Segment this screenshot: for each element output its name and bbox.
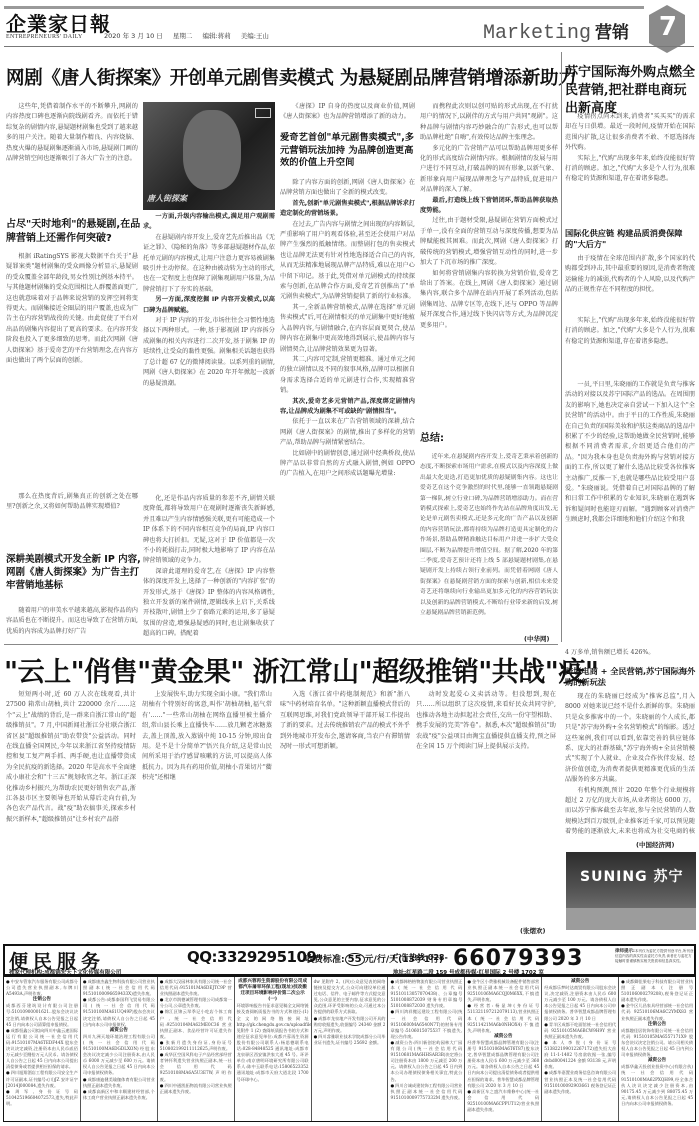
article2-subhead-1: 国际化供应链 构建品质消费保障的"大后方" — [565, 228, 697, 250]
classified-column: 金牛区小费雅机械设备配件销售部营业执照正副本统一社会信用代码 92510106M… — [465, 977, 542, 1121]
summary-body: 近年来,在悬疑剧内容开发上,爱奇艺秉承着创新的态度,不断探索市场用户需求,在模式… — [420, 452, 558, 632]
section-title: Marketing营销 — [483, 18, 629, 45]
column-divider — [561, 52, 562, 642]
article1-body-col1b: 那么在热度背后,剧集真正的创新之处在哪里?创新之余,又将如何帮助品牌实现增值? — [6, 492, 138, 546]
article1-body-col1c: 随着用户的审美水平越来越高,影视作品的内容品质也在不断提升。而这也导致了在营销方… — [6, 606, 138, 642]
article2-headline: 苏宁国际海外购点燃全民营销,把社群电商玩出新高度 — [565, 64, 697, 118]
article3-source: (张熠欢) — [520, 926, 545, 935]
article3-col3: 入选《浙江省中药炮制规范》和新"浙八味"中药材培育名单。"这种新颖直播模式背后的… — [280, 690, 410, 934]
ad-notice: 律师提示:本刊仅为委托方提供刊登平台,所刊登信息内容的真实性由委托方负责,读者在… — [615, 949, 695, 964]
section-title-cn: 营销 — [595, 23, 629, 43]
masthead-rule — [4, 46, 694, 47]
article1-subhead-3: 爱奇艺首创"单元剧售卖模式",多元营销玩法加持 为品牌创造更高效的价值上升空间 — [280, 132, 420, 170]
section-divider — [4, 644, 558, 645]
article2-source: (中国经济网) — [636, 840, 674, 849]
article3-col4: 动时发起爱心义卖活动等。但没想到,现在只……所以组织了这次疫情,来看好民众共同守… — [416, 690, 556, 934]
page-number: 7 — [659, 12, 677, 42]
article2-body-3: 一员,平日里,朱晓丽的工作就是负责与推客活动的对接以及苏宁国际产品的选品。在周围… — [565, 380, 695, 642]
ad-qq: QQ:3329295109 — [187, 948, 316, 966]
phone-icon — [255, 108, 271, 118]
article1-body-col3: 除了内容方面的创新,网剧《唐人街探案》在品牌营销方面也做出了全新的模式改变。 首… — [280, 178, 415, 642]
article2-body-3-prelude: 实际上,"代购"出现多年来,始终没能很好管打消的顾虑。加之,"代购"大多是个人行… — [565, 316, 695, 376]
classified-column: 成都康杰鑫生物科技有限公司营业执照副本(统一社会信用代码 91510100096… — [81, 977, 158, 1121]
store-sign: SUNING 苏宁 — [580, 866, 683, 886]
article1-body-col3a: 《唐探》IP 自身的热度以及商业价值,网剧《唐人街探案》也为品牌营销增添了新的动… — [280, 102, 415, 124]
classified-column: 成都韩格格物流有限公司营业执照正本(统一社会信用代码 9151011305707… — [388, 977, 465, 1121]
issue-editor: 编辑:蒋莉 — [202, 32, 230, 40]
classified-column: dw 见附件 2。(四)公众意见表的网络链接及提交方式,公众可向建设单位通过电话… — [312, 977, 389, 1121]
newspaper-logo: 企業家日報 ENTREPRENEURS' DAILY — [6, 14, 111, 40]
article2-intro: 疫情拐点尚未到来,消费者"买买买"的需求却在与日俱增。最近一段时间,疫情开始在国… — [565, 112, 695, 222]
article1-body-col2b: 化,还是作品内容质量的参差不齐,剧情关联度降低,都将导致用户在观剧时逐渐丧失新鲜… — [143, 494, 275, 642]
drama-poster-image: 唐人街探案 — [143, 102, 275, 210]
classifieds-grid: 中安车管家汽车服务有限公司成都分公司遗失营业执照副本,车牌川 A5493A,声明… — [3, 976, 696, 1122]
issue-date: 2020 年 3 月 10 日 — [104, 32, 163, 40]
ad-address: 地址:红星路二段 159 号成都传媒·红星国际 2 号楼 1702 室 — [393, 968, 544, 976]
classified-ad-banner: 便民服务 独家代理机构:成都锦宏天下文化传媒有限公司 QQ:3329295109… — [3, 944, 696, 976]
classified-column: 减资公告 经成都乐梦时达商贸有限公司股东会决议,决定减资,注册资本由人民币 60… — [542, 977, 619, 1121]
article3-col2: 上发展快车,助力实现全面小康。"我们常山胡柚有个特别好的寓意,叫作'胡柚胡柚,福… — [142, 690, 272, 934]
logo-chinese: 企業家日報 — [6, 14, 111, 34]
article2-body-2: 由于疫情在全球范围内扩散,多个国家的代购都受到冲击,其中最重要的原因,是消费者物… — [565, 254, 695, 310]
article1-subhead-2: 深耕美剧模式开发全新 IP 内容,网剧《唐人街探案》为广告主打牢营销地基标 — [6, 554, 141, 592]
classified-column: 成都卿佳果电子科技有限公司营业执照正副本(注册号 510106000279208… — [619, 977, 695, 1121]
issue-designer: 美编:王山 — [241, 32, 269, 40]
article1-body-col1: 根据 iRatingSYS 影视大数据平台关于"悬疑罪案类"题材剧集的受众画像分… — [6, 252, 138, 490]
article1-source: (中华网) — [524, 634, 549, 643]
article2-body-4: 现在的朱晓丽已经成为"推客总监",月入 8000 对她来说已经不是什么新鲜的事。… — [565, 692, 695, 838]
article1-body-col4: 而携程此次则以创可贴的形式出现,在不打扰用户的情况下,以剧伴的方式与用户共同"观… — [420, 102, 558, 428]
ad-hotline-label: 广告热线 028- — [393, 952, 448, 963]
classified-column: 成都兴蓉再生资源股份有限公司成都汽车屠宰环保工程(现址)技改搬迁项目环境影响评价… — [235, 977, 312, 1121]
issue-info: 2020 年 3 月 10 日 星期二 编辑:蒋莉 美编:王山 — [104, 31, 277, 40]
summary-title: 总结: — [420, 432, 444, 446]
ad-agency: 独家代理机构:成都锦宏天下文化传媒有限公司 — [9, 968, 121, 976]
article3-headline: "云上"俏售"黄金果" 浙江常山"超级推销"共战"疫" — [4, 650, 598, 689]
suning-store-photo: SUNING 苏宁 — [566, 852, 696, 930]
article1-subhead-1: 占尽"天时地利"的悬疑剧,在品牌营销上还需作何突破? — [6, 218, 141, 245]
poster-caption: 唐人街探案 — [147, 193, 187, 204]
issue-weekday: 星期二 — [173, 32, 193, 40]
classified-column: 中安车管家汽车服务有限公司成都分公司遗失营业执照副本,车牌川 A5493A,声明… — [4, 977, 81, 1121]
masthead-rule — [4, 6, 644, 9]
article3-col1: 短短两小时,近 60 万人次在线观看,共计 27500 箱常山胡柚,共计 220… — [6, 690, 136, 934]
ad-fee-amount: 55 — [345, 953, 365, 966]
article1-intro: 这些年,凭借着制作水平的不断攀升,网剧的内容热度口碑也逐渐向院线剧看齐。而依托于… — [6, 102, 138, 208]
article1-headline: 网剧《唐人街探案》开创单元剧售卖模式 为悬疑剧品牌营销增添新助力 — [6, 64, 576, 90]
classified-column: 成都大汉园林家具有限公司统一社会信用代码:915101MA6DEJTC9P 营业… — [158, 977, 235, 1121]
section-title-en: Marketing — [483, 22, 591, 45]
article1-body-col2: 一方面,升级内容输出模式,满足用户观剧需求。 在悬疑剧内容开发上,爱奇艺先后推出… — [143, 212, 275, 492]
store-floor — [566, 908, 696, 930]
actor-face — [183, 110, 241, 190]
ad-fee-label: 收费标准: — [305, 955, 345, 965]
